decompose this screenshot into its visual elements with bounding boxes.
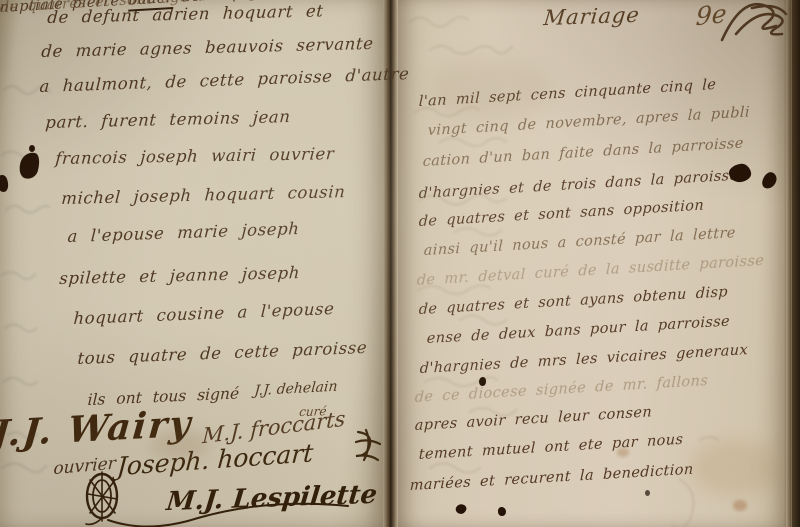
folio-number: 9e bbox=[695, 0, 728, 31]
ink-blot bbox=[479, 377, 486, 386]
ink-blot bbox=[645, 490, 650, 496]
book-cover-edge bbox=[792, 0, 800, 527]
ink-blot bbox=[498, 507, 506, 516]
ink-blot bbox=[29, 145, 35, 152]
page-heading: Mariage bbox=[542, 3, 641, 30]
manuscript-scan: de defunt adrien hoquart et de marie agn… bbox=[0, 0, 800, 527]
